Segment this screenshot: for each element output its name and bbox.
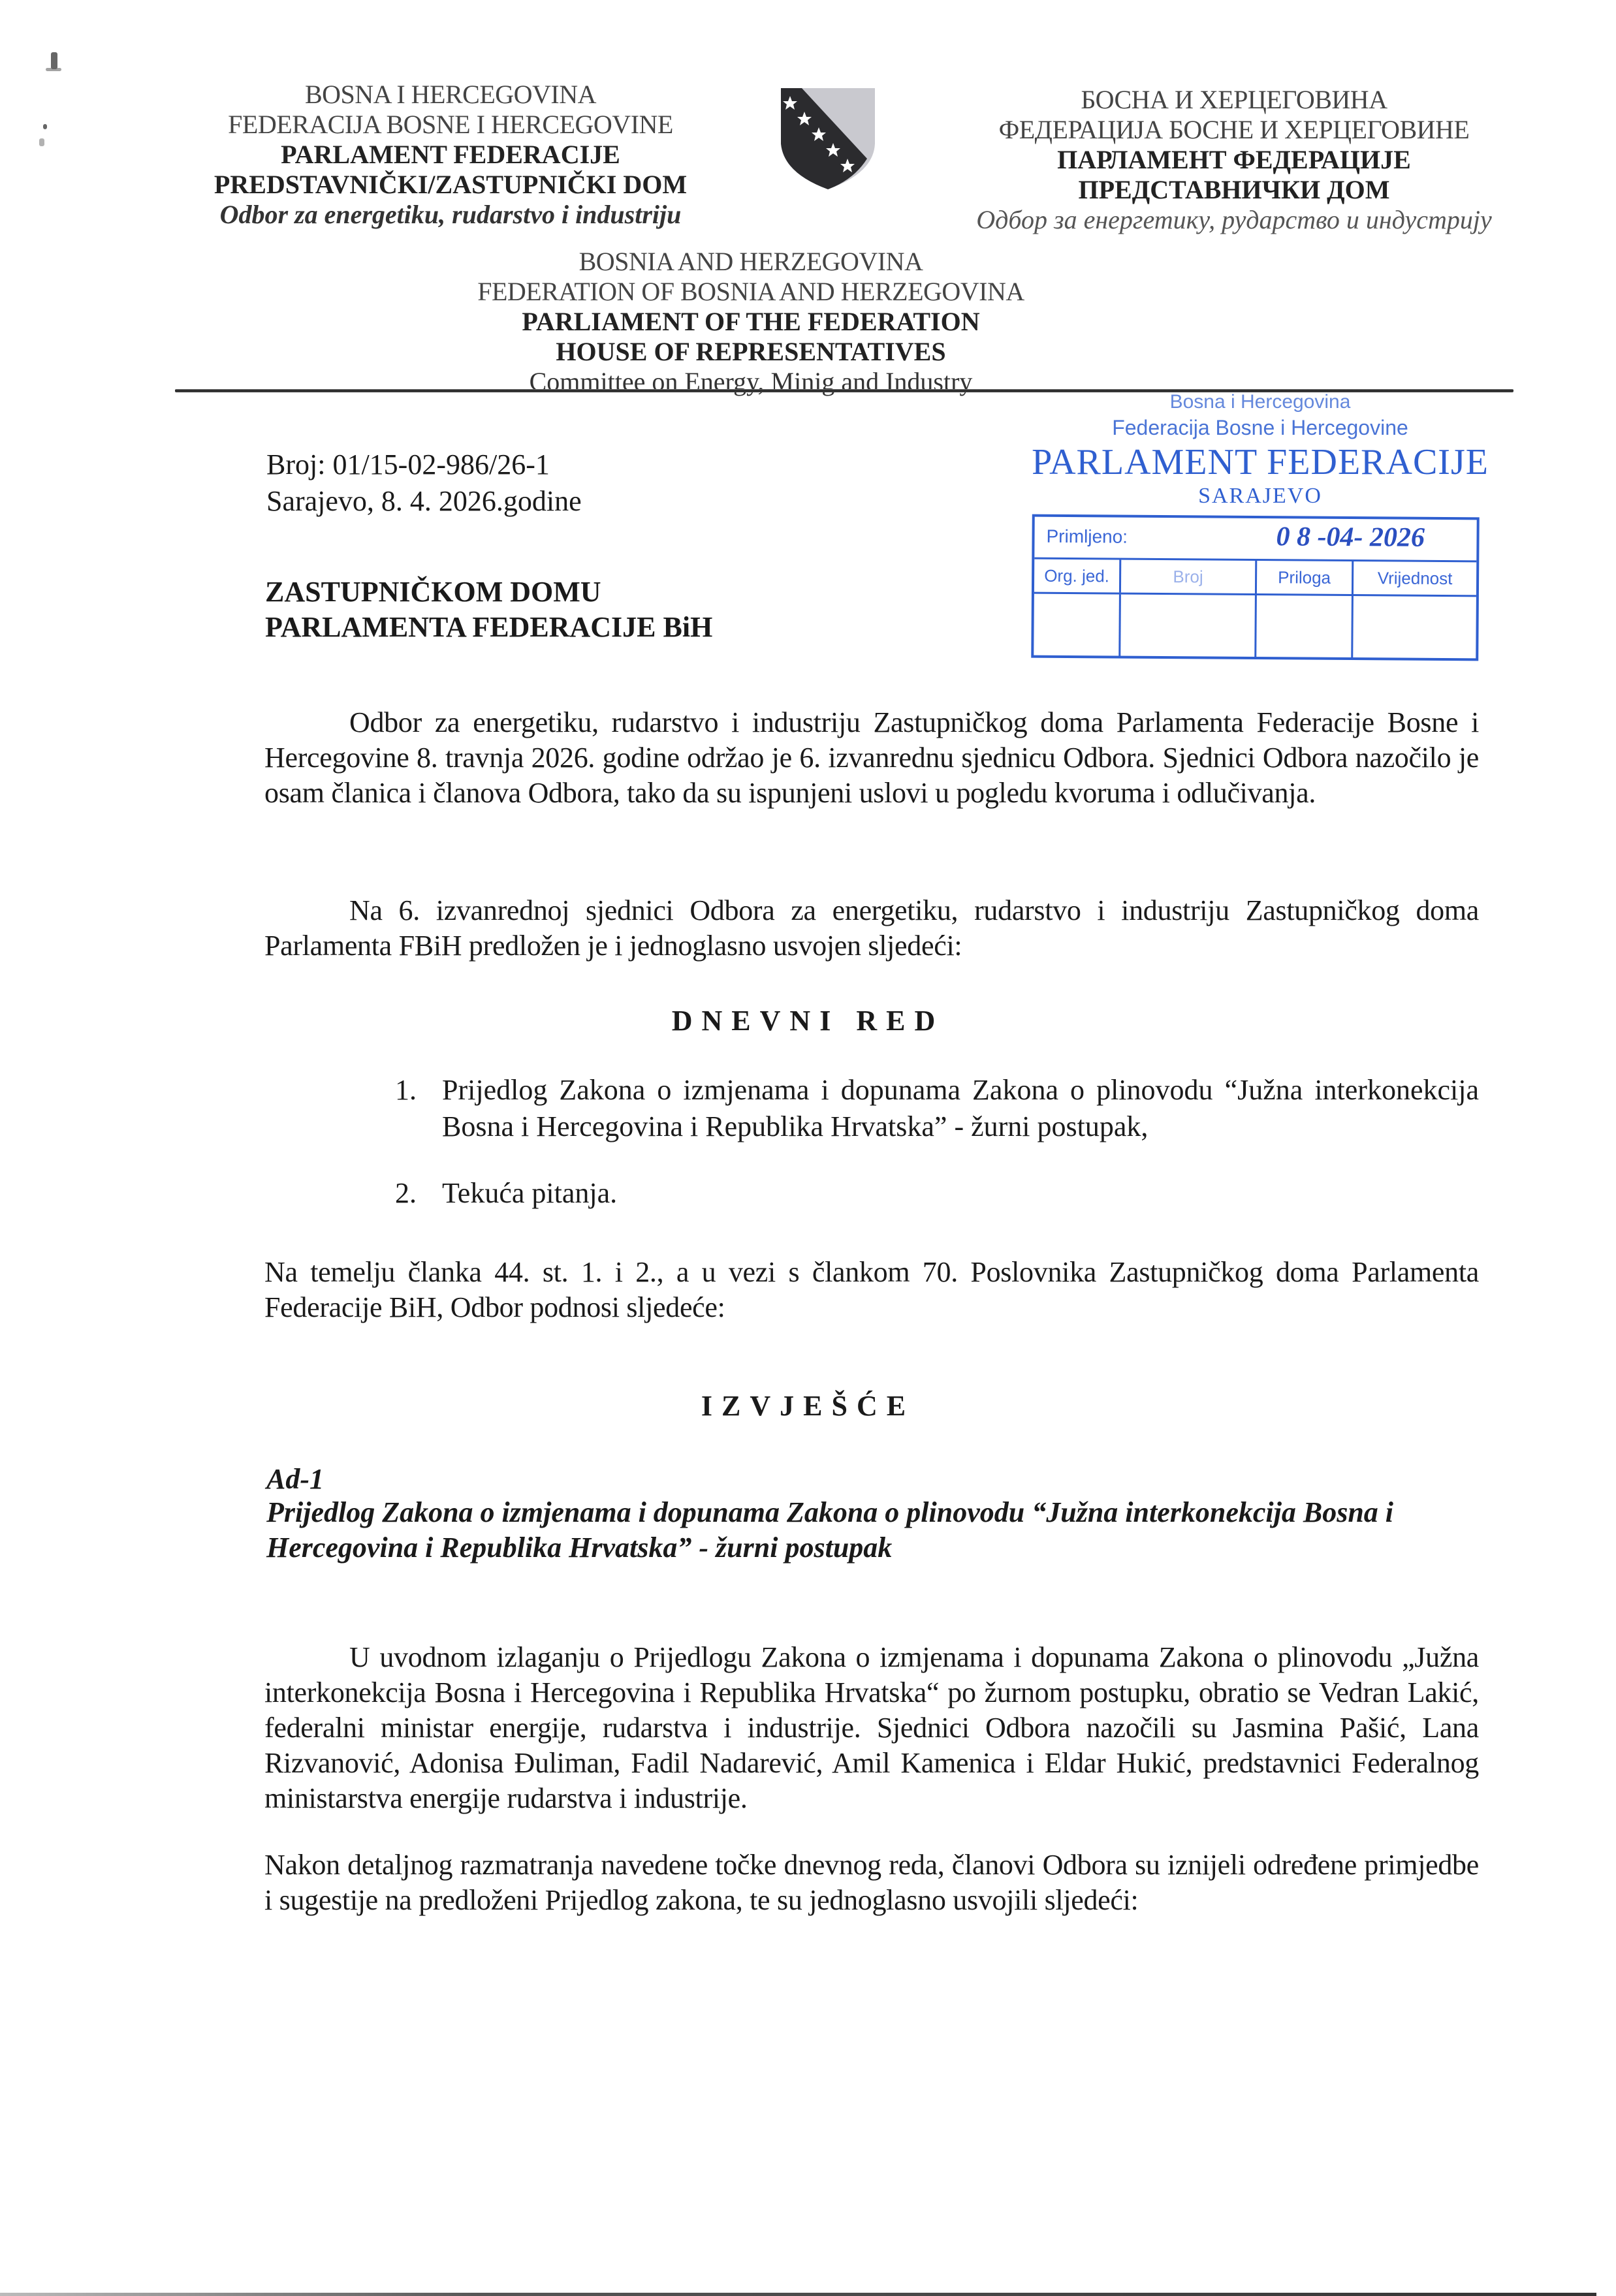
- letterhead-line: HOUSE OF REPRESENTATIVES: [392, 337, 1110, 367]
- place-date: Sarajevo, 8. 4. 2026.godine: [266, 483, 582, 520]
- stamp-received-row: Primljeno: 0 8 -04- 2026: [1034, 517, 1476, 563]
- stamp-line: Federacija Bosne i Hercegovine: [1015, 414, 1505, 441]
- stamp-col-broj: Broj: [1121, 560, 1257, 593]
- scan-mark: [46, 68, 61, 71]
- ad-label: Ad-1: [266, 1462, 324, 1496]
- stamp-header-row: Org. jed. Broj Priloga Vrijednost: [1034, 559, 1476, 597]
- paragraph-session-intro: Odbor za energetiku, rudarstvo i industr…: [264, 705, 1479, 811]
- letterhead-line: FEDERATION OF BOSNIA AND HERZEGOVINA: [392, 277, 1110, 307]
- reception-stamp-table: Primljeno: 0 8 -04- 2026 Org. jed. Broj …: [1031, 514, 1480, 661]
- letterhead-left: BOSNA I HERCEGOVINA FEDERACIJA BOSNE I H…: [157, 80, 744, 230]
- paragraph-legal-basis: Na temelju članka 44. st. 1. i 2., a u v…: [264, 1255, 1479, 1325]
- recipient-line: ZASTUPNIČKOM DOMU: [265, 574, 712, 610]
- stamp-cell: [1120, 595, 1257, 658]
- report-heading: IZVJEŠĆE: [0, 1389, 1616, 1423]
- letterhead-line: БОСНА И ХЕРЦЕГОВИНА: [940, 85, 1528, 115]
- agenda-item: 1. Prijedlog Zakona o izmjenama i dopuna…: [395, 1072, 1479, 1145]
- paragraph-conclusion: Nakon detaljnog razmatranja navedene toč…: [264, 1848, 1479, 1918]
- scan-mark: [39, 138, 44, 146]
- stamp-empty-row: [1034, 594, 1476, 660]
- scan-mark: [51, 52, 57, 69]
- recipient-line: PARLAMENTA FEDERACIJE BiH: [265, 610, 712, 645]
- scan-mark: [43, 124, 47, 129]
- stamp-line: Bosna i Hercegovina: [1015, 390, 1505, 414]
- scan-bottom-edge: [0, 2293, 1596, 2296]
- stamp-cell: [1256, 595, 1354, 659]
- recipient-block: ZASTUPNIČKOM DOMU PARLAMENTA FEDERACIJE …: [265, 574, 712, 645]
- stamp-col-label: Broj: [1173, 567, 1203, 587]
- letterhead-line: PARLAMENT FEDERACIJE: [157, 140, 744, 170]
- letterhead-line: PREDSTAVNIČKI/ZASTUPNIČKI DOM: [157, 170, 744, 200]
- stamp-cell: [1353, 596, 1476, 659]
- letterhead-right: БОСНА И ХЕРЦЕГОВИНА ФЕДЕРАЦИЈА БОСНЕ И Х…: [940, 85, 1528, 235]
- agenda-item: 2. Tekuća pitanja.: [395, 1175, 1479, 1212]
- reference-number: Broj: 01/15-02-986/26-1: [266, 447, 582, 483]
- stamp-col-org: Org. jed.: [1034, 559, 1121, 593]
- stamp-col-priloga: Priloga: [1257, 561, 1354, 594]
- agenda-item-text: Prijedlog Zakona o izmjenama i dopunama …: [442, 1072, 1479, 1145]
- letterhead-line: Odbor za energetiku, rudarstvo i industr…: [157, 200, 744, 230]
- letterhead-line: FEDERACIJA BOSNE I HERCEGOVINE: [157, 110, 744, 140]
- stamp-handwritten-date: 0 8 -04- 2026: [1276, 521, 1425, 554]
- stamp-received-label: Primljeno:: [1046, 526, 1128, 548]
- letterhead-english: BOSNIA AND HERZEGOVINA FEDERATION OF BOS…: [392, 247, 1110, 397]
- paragraph-agenda-intro: Na 6. izvanrednoj sjednici Odbora za ene…: [264, 893, 1479, 964]
- ad-title: Prijedlog Zakona o izmjenama i dopunama …: [266, 1495, 1481, 1565]
- stamp-line: PARLAMENT FEDERACIJE: [1015, 441, 1505, 483]
- stamp-line: SARAJEVO: [1015, 483, 1505, 509]
- letterhead-line: PARLIAMENT OF THE FEDERATION: [392, 307, 1110, 337]
- stamp-col-vrijednost: Vrijednost: [1354, 561, 1476, 595]
- agenda-item-number: 2.: [395, 1175, 442, 1212]
- letterhead-line: Committee on Energy, Minig and Industry: [392, 367, 1110, 397]
- agenda-heading: DNEVNI RED: [0, 1004, 1616, 1037]
- reference-block: Broj: 01/15-02-986/26-1 Sarajevo, 8. 4. …: [266, 447, 582, 520]
- agenda-item-number: 1.: [395, 1072, 442, 1145]
- agenda-item-text: Tekuća pitanja.: [442, 1175, 1479, 1212]
- letterhead-line: BOSNIA AND HERZEGOVINA: [392, 247, 1110, 277]
- letterhead-line: ПРЕДСТАВНИЧКИ ДОМ: [940, 175, 1528, 205]
- coat-of-arms-icon: [776, 82, 880, 193]
- letterhead-line: Одбор за енергетику, рударство и индустр…: [940, 205, 1528, 235]
- letterhead-line: ФЕДЕРАЦИЈА БОСНЕ И ХЕРЦЕГОВИНЕ: [940, 115, 1528, 145]
- reception-stamp-header: Bosna i Hercegovina Federacija Bosne i H…: [1015, 390, 1505, 509]
- letterhead-line: BOSNA I HERCEGOVINA: [157, 80, 744, 110]
- paragraph-introduction: U uvodnom izlaganju o Prijedlogu Zakona …: [264, 1640, 1479, 1816]
- letterhead-line: ПАРЛАМЕНТ ФЕДЕРАЦИЈЕ: [940, 145, 1528, 175]
- stamp-cell: [1034, 594, 1121, 657]
